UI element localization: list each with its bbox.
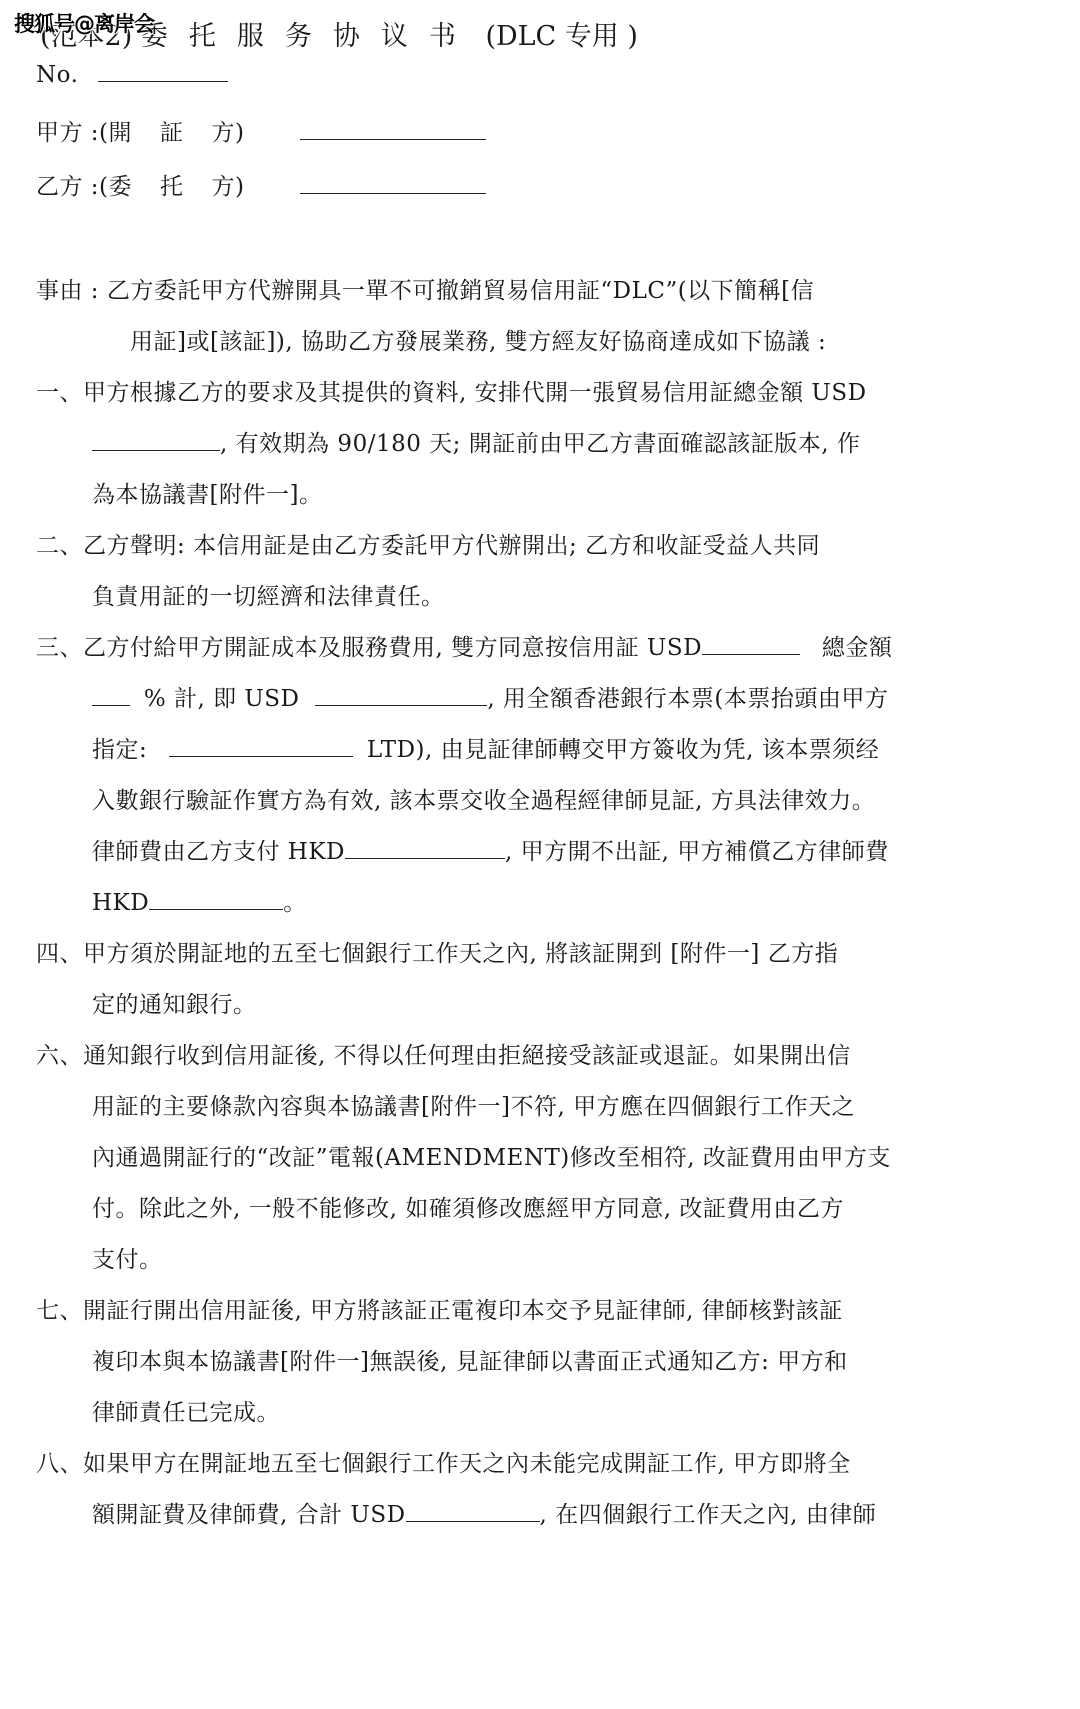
clause-7-line-2: 複印本與本協議書[附件一]無誤後, 見証律師以書面正式通知乙方: 甲方和 (92, 1343, 848, 1376)
clause-3-hkd-label: HKD (92, 890, 149, 916)
clause-3-line-1-text: 三、乙方付給甲方開証成本及服務費用, 雙方同意按信用証 USD (36, 635, 702, 661)
clause-4-line-2: 定的通知銀行。 (92, 986, 257, 1019)
clause-3-line-6: HKD。 (92, 884, 307, 917)
party-a-label-mid: 証 (160, 120, 184, 146)
clause-2-line-1: 二、乙方聲明: 本信用証是由乙方委託甲方代辦開出; 乙方和收証受益人共同 (36, 527, 820, 560)
lawyer-fee-hkd-blank[interactable] (345, 840, 505, 859)
reason-line-1: 事由 : 乙方委託甲方代辦開具一單不可撤銷貿易信用証“DLC”(以下簡稱[信 (36, 272, 814, 305)
party-a-label-end: 方) (212, 120, 245, 146)
reason-line-2: 用証]或[該証]), 協助乙方發展業務, 雙方經友好協商達成如下協議 : (130, 323, 826, 356)
clause-3-line-5: 律師費由乙方支付 HKD, 甲方開不出証, 甲方補償乙方律師費 (92, 833, 889, 866)
refund-usd-blank[interactable] (406, 1503, 540, 1522)
party-b-field: 乙方 :(委托方) (36, 168, 486, 201)
party-b-label-mid: 托 (160, 174, 184, 200)
number-blank[interactable] (98, 63, 228, 82)
fee-usd-blank[interactable] (315, 687, 487, 706)
party-b-blank[interactable] (300, 175, 486, 194)
payee-blank[interactable] (169, 738, 353, 757)
clause-6-line-1: 六、通知銀行收到信用証後, 不得以任何理由拒絕接受該証或退証。如果開出信 (36, 1037, 851, 1070)
clause-3-line-2-text: , 用全額香港銀行本票(本票抬頭由甲方 (487, 686, 888, 712)
clause-2-line-2: 負責用証的一切經濟和法律責任。 (92, 578, 445, 611)
percent-blank[interactable] (92, 687, 130, 706)
clause-3-line-1: 三、乙方付給甲方開証成本及服務費用, 雙方同意按信用証 USD 總金額 (36, 629, 892, 662)
clause-6-line-4: 付。除此之外, 一般不能修改, 如確須修改應經甲方同意, 改証費用由乙方 (92, 1190, 844, 1223)
clause-7-line-1: 七、開証行開出信用証後, 甲方將該証正電複印本交予見証律師, 律師核對該証 (36, 1292, 843, 1325)
clause-1-line-2-text: , 有效期為 90/180 天; 開証前由甲乙方書面確認該証版本, 作 (220, 431, 860, 457)
clause-3-period: 。 (283, 890, 307, 916)
clause-8-line-1: 八、如果甲方在開証地五至七個銀行工作天之內未能完成開証工作, 甲方即將全 (36, 1445, 851, 1478)
clause-4-line-1: 四、甲方須於開証地的五至七個銀行工作天之內, 將該証開到 [附件一] 乙方指 (36, 935, 838, 968)
watermark: 搜狐号@离岸会 (14, 8, 154, 38)
title-suffix: (DLC 专用 ) (485, 21, 637, 52)
party-b-label-end: 方) (212, 174, 245, 200)
clause-3-designated-label: 指定: (92, 737, 147, 763)
clause-1-line-1: 一、甲方根據乙方的要求及其提供的資料, 安排代開一張貿易信用証總金額 USD (36, 374, 867, 407)
clause-8-line-2: 額開証費及律師費, 合計 USD, 在四個銀行工作天之內, 由律師 (92, 1496, 876, 1529)
clause-7-line-3: 律師責任已完成。 (92, 1394, 280, 1427)
clause-3-lawyer-fee-label: 律師費由乙方支付 HKD (92, 839, 345, 865)
number-label: No. (36, 62, 78, 88)
clause-3-line-4: 入數銀行驗証作實方為有效, 該本票交收全過程經律師見証, 方具法律效力。 (92, 782, 875, 815)
number-field: No. (36, 62, 228, 88)
clause-3-total-amount-label: 總金額 (822, 635, 893, 661)
clause-1-line-2: , 有效期為 90/180 天; 開証前由甲乙方書面確認該証版本, 作 (92, 425, 860, 458)
clause-1-line-3: 為本協議書[附件一]。 (92, 476, 322, 509)
party-a-field: 甲方 :(開証方) (36, 114, 486, 147)
compensation-hkd-blank[interactable] (149, 891, 283, 910)
party-a-label: 甲方 :(開 (36, 120, 132, 146)
clause-6-line-2: 用証的主要條款內容與本協議書[附件一]不符, 甲方應在四個銀行工作天之 (92, 1088, 855, 1121)
clause-6-line-5: 支付。 (92, 1241, 163, 1274)
clause-8-line-2-text: , 在四個銀行工作天之內, 由律師 (540, 1502, 877, 1528)
clause-3-line-3: 指定: LTD), 由見証律師轉交甲方簽收为凭, 该本票须经 (92, 731, 879, 764)
clause-8-total-label: 額開証費及律師費, 合計 USD (92, 1502, 406, 1528)
lc-usd-blank[interactable] (702, 636, 800, 655)
lc-amount-blank[interactable] (92, 432, 220, 451)
clause-3-line-5-text: , 甲方開不出証, 甲方補償乙方律師費 (505, 839, 889, 865)
title-main: 委托服务协议书 (141, 21, 477, 52)
party-b-label: 乙方 :(委 (36, 174, 132, 200)
clause-3-line-3-text: LTD), 由見証律師轉交甲方簽收为凭, 该本票须经 (367, 737, 879, 763)
clause-3-line-2: % 計, 即 USD , 用全額香港銀行本票(本票抬頭由甲方 (92, 680, 888, 713)
clause-3-percent-text: % 計, 即 USD (144, 686, 300, 712)
clause-6-line-3: 內通過開証行的“改証”電報(AMENDMENT)修改至相符, 改証費用由甲方支 (92, 1139, 891, 1172)
party-a-blank[interactable] (300, 121, 486, 140)
